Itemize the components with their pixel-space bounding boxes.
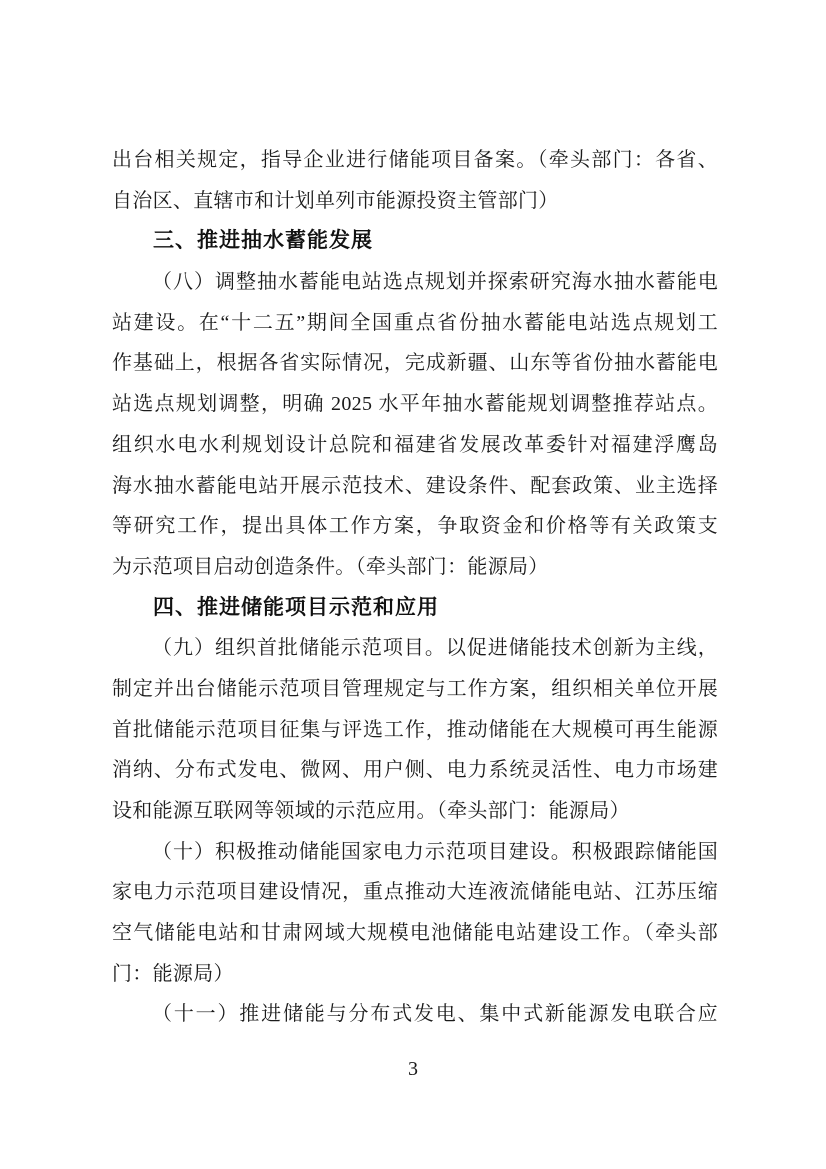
paragraph-line: （八）调整抽水蓄能电站选点规划并探索研究海水抽水蓄能电 bbox=[112, 262, 718, 303]
paragraph-line: 站建设。在“十二五”期间全国重点省份抽水蓄能电站选点规划工 bbox=[112, 303, 718, 344]
paragraph-line: 制定并出台储能示范项目管理规定与工作方案，组织相关单位开展 bbox=[112, 669, 718, 710]
paragraph-line: 首批储能示范项目征集与评选工作，推动储能在大规模可再生能源 bbox=[112, 710, 718, 751]
section-heading-4: 四、推进储能项目示范和应用 bbox=[112, 588, 718, 629]
paragraph-line: 为示范项目启动创造条件。（牵头部门：能源局） bbox=[112, 547, 718, 588]
paragraph-line: 海水抽水蓄能电站开展示范技术、建设条件、配套政策、业主选择 bbox=[112, 466, 718, 507]
document-page: 出台相关规定，指导企业进行储能项目备案。（牵头部门：各省、 自治区、直辖市和计划… bbox=[0, 0, 826, 1169]
paragraph-line: 作基础上，根据各省实际情况，完成新疆、山东等省份抽水蓄能电 bbox=[112, 343, 718, 384]
paragraph-line: （十）积极推动储能国家电力示范项目建设。积极跟踪储能国 bbox=[112, 832, 718, 873]
paragraph-line: 站选点规划调整，明确 2025 水平年抽水蓄能规划调整推荐站点。 bbox=[112, 384, 718, 425]
paragraph-line: 等研究工作，提出具体工作方案，争取资金和价格等有关政策支持， bbox=[112, 506, 718, 547]
paragraph-line: 自治区、直辖市和计划单列市能源投资主管部门） bbox=[112, 181, 718, 222]
document-body: 出台相关规定，指导企业进行储能项目备案。（牵头部门：各省、 自治区、直辖市和计划… bbox=[112, 140, 718, 1035]
paragraph-line: 出台相关规定，指导企业进行储能项目备案。（牵头部门：各省、 bbox=[112, 140, 718, 181]
paragraph-line: （十一）推进储能与分布式发电、集中式新能源发电联合应用。 bbox=[112, 994, 718, 1035]
paragraph-line: 家电力示范项目建设情况，重点推动大连液流储能电站、江苏压缩 bbox=[112, 872, 718, 913]
page-number: 3 bbox=[0, 1058, 826, 1081]
paragraph-line: 门：能源局） bbox=[112, 954, 718, 995]
paragraph-line: 设和能源互联网等领域的示范应用。（牵头部门：能源局） bbox=[112, 791, 718, 832]
paragraph-line: 组织水电水利规划设计总院和福建省发展改革委针对福建浮鹰岛 bbox=[112, 425, 718, 466]
paragraph-line: 空气储能电站和甘肃网域大规模电池储能电站建设工作。（牵头部 bbox=[112, 913, 718, 954]
section-heading-3: 三、推进抽水蓄能发展 bbox=[112, 221, 718, 262]
paragraph-line: （九）组织首批储能示范项目。以促进储能技术创新为主线， bbox=[112, 628, 718, 669]
paragraph-line: 消纳、分布式发电、微网、用户侧、电力系统灵活性、电力市场建 bbox=[112, 750, 718, 791]
